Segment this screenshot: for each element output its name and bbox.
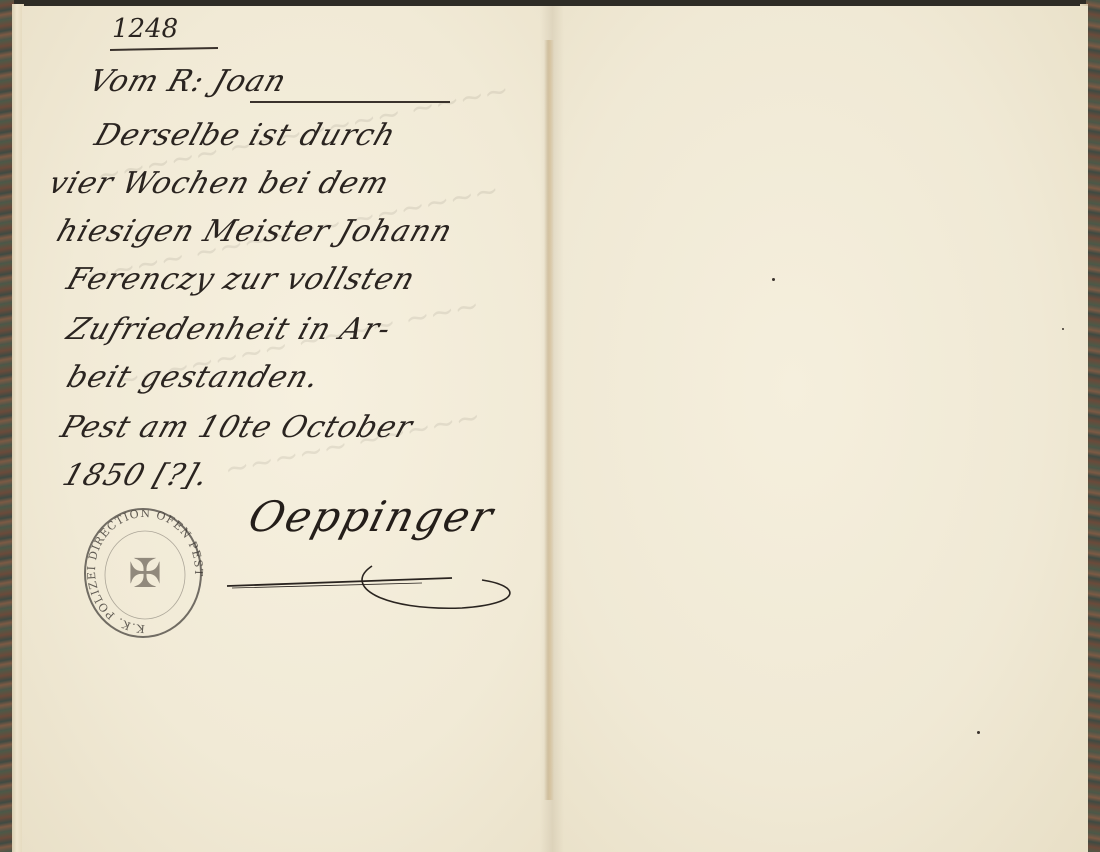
paper-fleck [1062,328,1064,330]
handwritten-line-4: hiesigen Meister Johann [52,214,457,249]
police-stamp: K.K. POLIZEI DIRECTION OFEN PEST ✠ [84,508,202,638]
right-page [552,6,1088,852]
handwritten-line-7: beit gestanden. [62,360,324,395]
handwritten-line-8: Pest am 10te October [56,410,417,445]
marbled-cover-right [1086,0,1100,852]
left-page: ~~~~~ ~~~~~~~ ~~~~ ~~~~ ~~~~~~ ~~~~~~ ~~… [22,6,552,852]
page-number: 1248 [112,14,178,44]
signature: Oeppinger [243,492,500,541]
handwritten-line-3: vier Wochen bei dem [44,166,394,201]
book-gutter [544,40,554,800]
signature-flourish [222,536,522,616]
paper-fleck [772,278,775,281]
handwritten-line-2: Derselbe ist durch [90,118,400,153]
handwritten-line-6: Zufriedenheit in Ar- [62,312,395,347]
handwritten-line-9: 1850 [?]. [58,458,213,493]
double-headed-eagle-icon: ✠ [120,544,170,604]
paper-fleck [977,731,980,734]
heading-underline [250,101,450,103]
handwritten-line-5: Ferenczy zur vollsten [62,262,420,297]
page-number-underline [110,47,218,51]
handwritten-line-1: Vom R: Joan [84,64,291,99]
